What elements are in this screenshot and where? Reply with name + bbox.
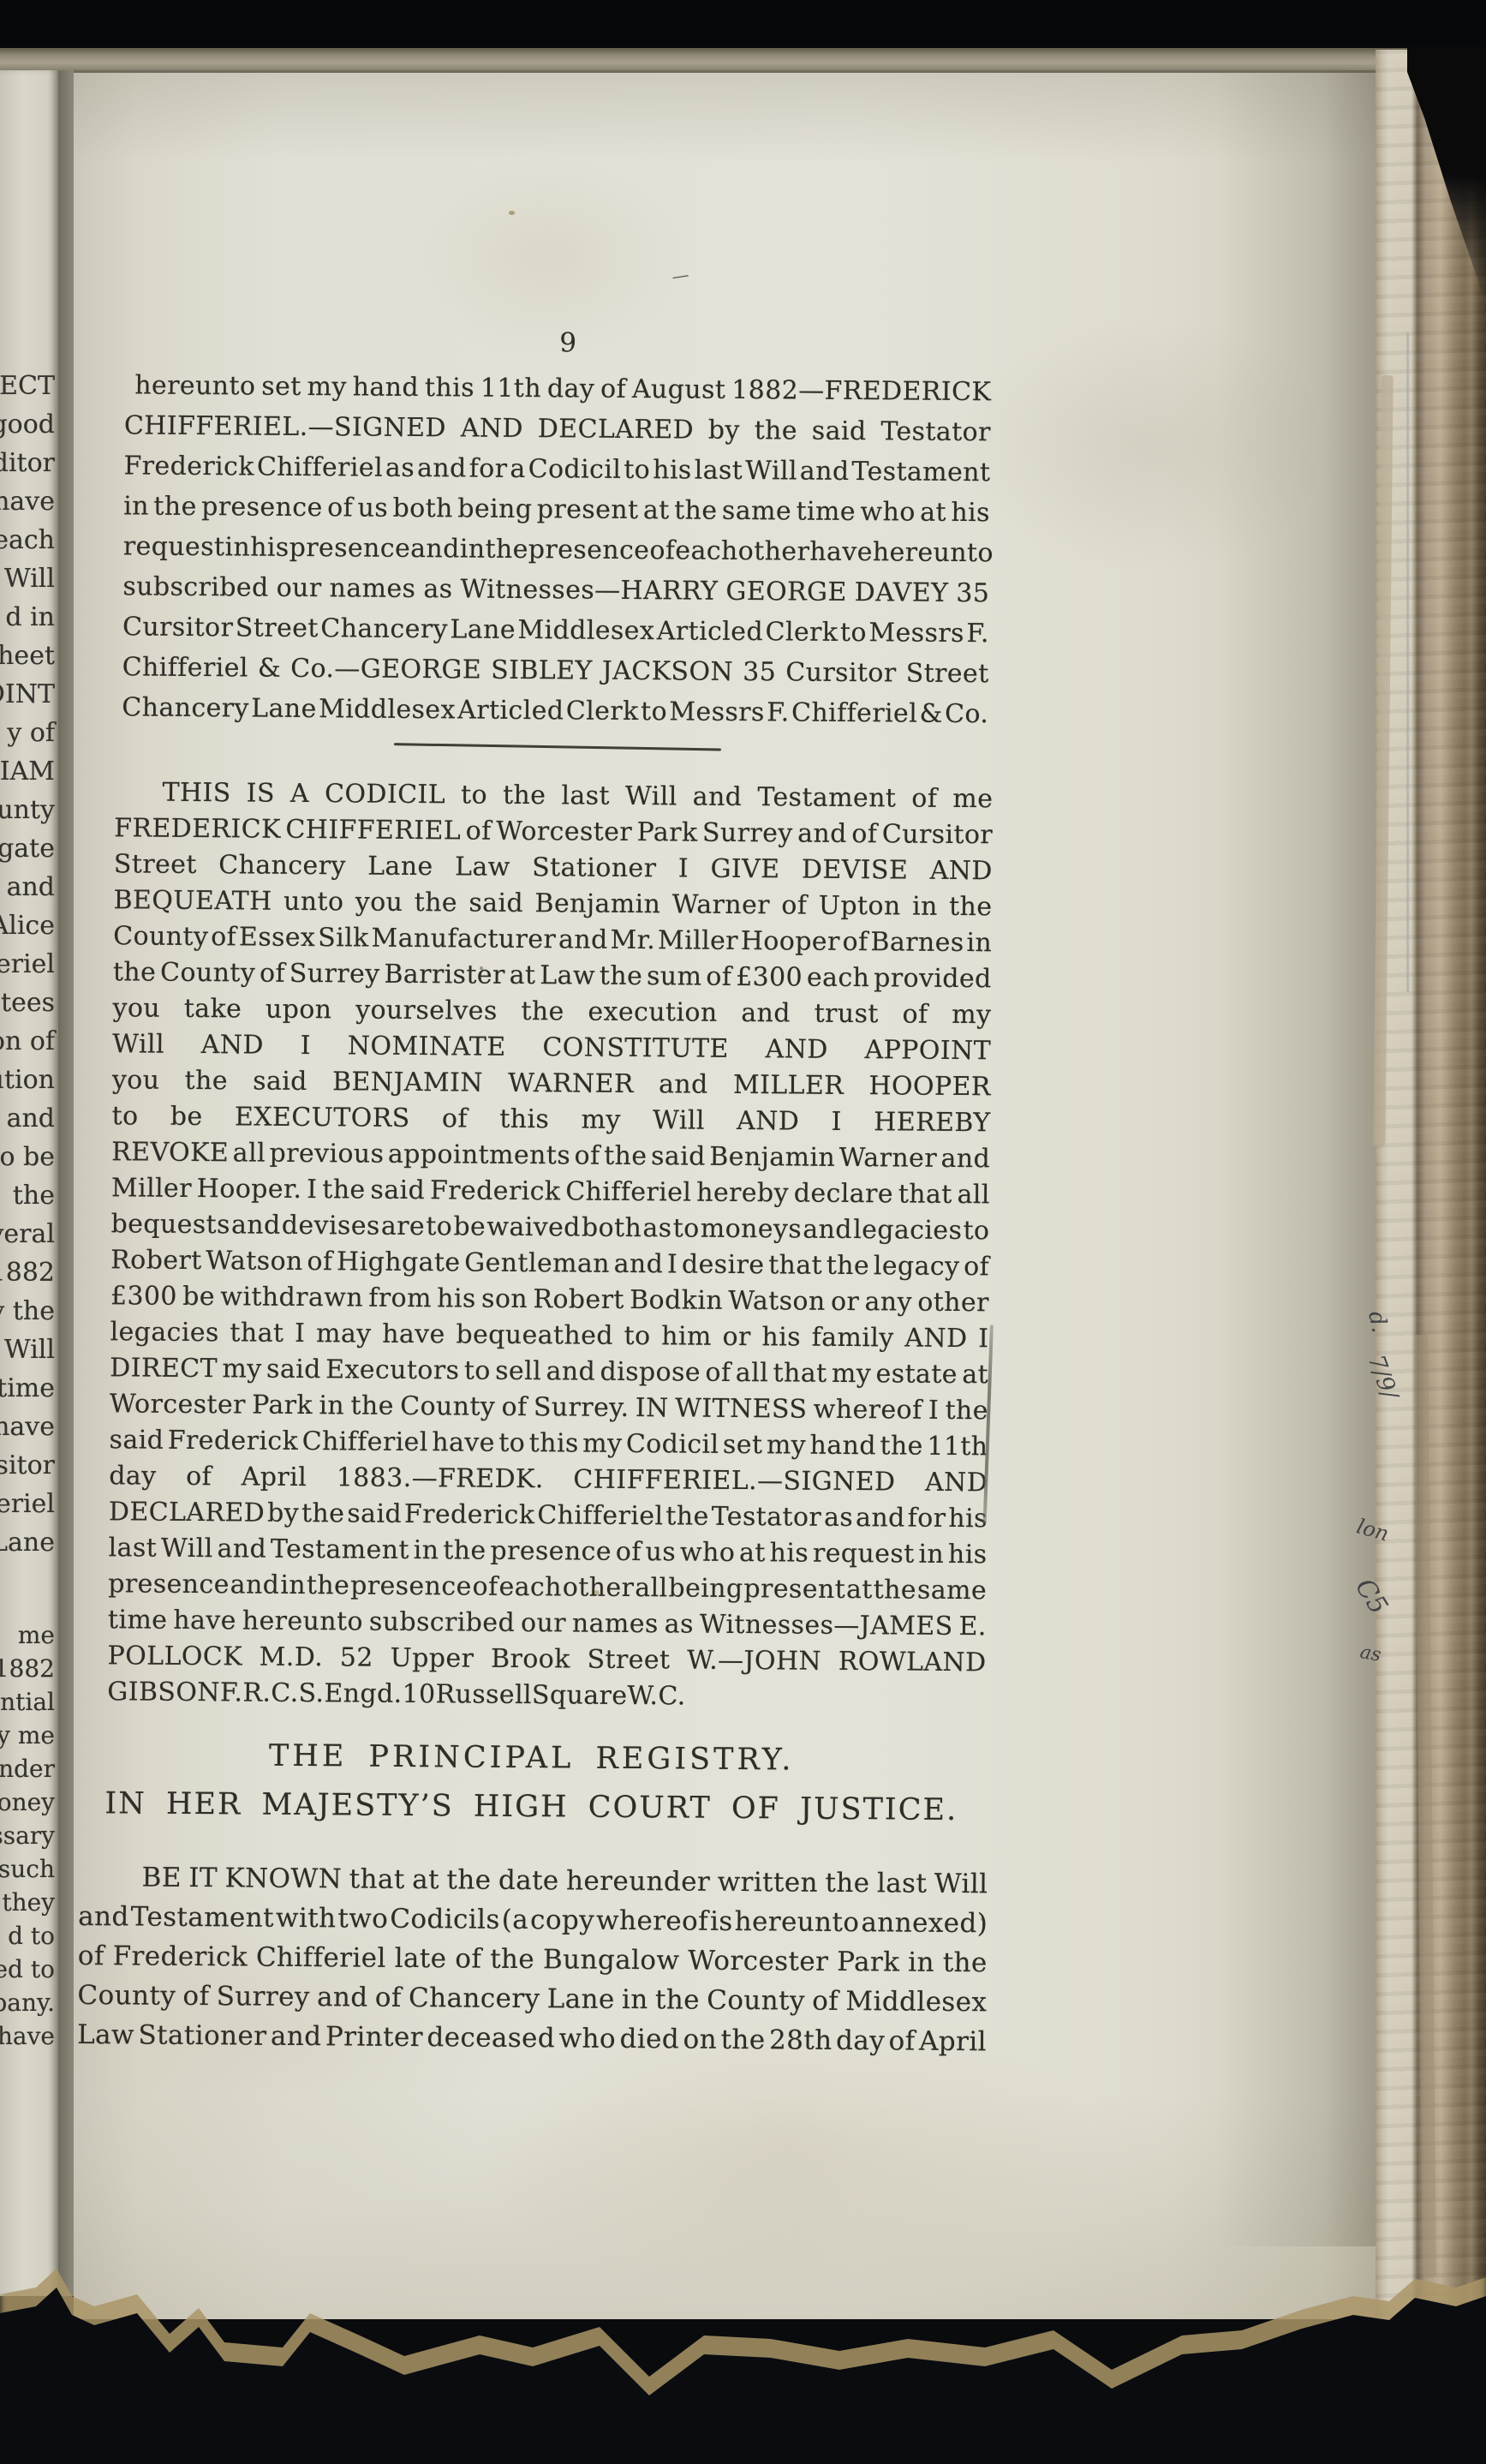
margin-fragment: Will — [0, 559, 55, 598]
margin-fragment: ditor — [0, 444, 55, 482]
margin-fragment: 1882 — [0, 1253, 55, 1292]
margin-fragment: ential — [0, 1685, 55, 1719]
text-line: CHIFFERIEL.—SIGNEDANDDECLAREDbythesaidTe… — [124, 405, 991, 452]
margin-fragment: ygate — [0, 829, 55, 868]
margin-fragment: Will — [0, 1331, 55, 1369]
margin-fragment: they — [0, 1886, 55, 1919]
text-line: inthepresenceofusbothbeingpresentatthesa… — [123, 486, 990, 533]
margin-fragment: ed to — [0, 1953, 55, 1986]
margin-fragment: have — [0, 482, 55, 521]
book-top-edge — [0, 48, 1435, 70]
heading-principal-registry: THE PRINCIPAL REGISTRY. — [61, 1737, 1003, 1779]
margin-fragment: ounty — [0, 791, 55, 829]
text-line: presenceandinthepresenceofeachotherallbe… — [108, 1566, 987, 1609]
margin-fragment: and — [0, 1099, 55, 1138]
margin-fragment: and — [0, 868, 55, 906]
book-fore-edge-stack — [1376, 50, 1486, 2365]
margin-fragment: have — [0, 1408, 55, 1446]
margin-fragment: have — [0, 2019, 55, 2053]
text-line: BEITKNOWNthatatthedatehereunderwrittenth… — [78, 1857, 988, 1904]
scanned-book-page: 9 — hereuntosetmyhandthis11thdayofAugust… — [0, 0, 1486, 2464]
text-line: WillANDINOMINATECONSTITUTEANDAPPOINT — [112, 1026, 991, 1069]
text-line: CursitorStreetChanceryLaneMiddlesexArtic… — [122, 607, 989, 654]
margin-fragment: rsitor — [0, 1446, 55, 1485]
text-line: ChanceryLaneMiddlesexArticledClerktoMess… — [122, 687, 988, 734]
page-number: 9 — [72, 324, 1065, 362]
margin-fragment: y me — [0, 1719, 55, 1752]
margin-fragment: the — [0, 1176, 55, 1215]
margin-fragment: oney — [0, 1785, 55, 1819]
margin-fragment: stees — [0, 984, 55, 1022]
margin-fragment: time — [0, 1369, 55, 1408]
text-line: theCountyofSurreyBarristeratLawthesumof£… — [113, 954, 992, 997]
text-line: Chifferiel&Co.—GEORGESIBLEYJACKSON35Curs… — [122, 647, 989, 694]
margin-fragment: Lane — [0, 1523, 55, 1562]
margin-fragment: veriel — [0, 945, 55, 984]
margin-fragment: me — [0, 1618, 55, 1652]
text-line: GIBSONF.R.C.S.Engd.10RussellSquareW.C. — [107, 1674, 986, 1717]
facing-page-text-fragments-lower: me1882entialy meunderoneyessarysuchtheyd… — [0, 1618, 55, 2053]
stray-ink-dash: — — [671, 264, 690, 287]
margin-fragment: d in — [0, 598, 55, 637]
heading-high-court: IN HER MAJESTY’S HIGH COURT OF JUSTICE. — [60, 1786, 1002, 1828]
photo-background-top — [0, 0, 1486, 48]
margin-fragment: everal — [0, 1215, 55, 1253]
text-line: ofFrederickChifferiellateoftheBungalowWo… — [78, 1936, 988, 1983]
margin-fragment: d to — [0, 1919, 55, 1953]
facing-page-text-fragments-upper: ECTgoodditorhaveeachWilld insheetOINTy o… — [0, 367, 55, 1562]
margin-fragment: ECT — [0, 367, 55, 405]
text-line: hereuntosetmyhandthis11thdayofAugust1882… — [124, 365, 991, 412]
margin-fragment: each — [0, 521, 55, 559]
printed-text-block: 9 — hereuntosetmyhandthis11thdayofAugust… — [57, 70, 1376, 2327]
margin-fragment: IAM — [0, 752, 55, 791]
margin-fragment: under — [0, 1752, 55, 1785]
paragraph-codicil-1883: THISISACODICILtothelastWillandTestamento… — [107, 774, 994, 1717]
margin-fragment: sheet — [0, 637, 55, 675]
margin-fragment: such — [0, 1852, 55, 1886]
margin-fragment: OINT — [0, 675, 55, 714]
paragraph-probate-grant: BEITKNOWNthatatthedatehereunderwrittenth… — [77, 1857, 988, 2061]
margin-fragment: fferiel — [0, 1485, 55, 1523]
text-line: subscribedournamesasWitnesses—HARRYGEORG… — [122, 566, 989, 613]
margin-fragment: Alice — [0, 906, 55, 945]
margin-fragment: 1882 — [0, 1652, 55, 1685]
text-line: requestinhispresenceandinthepresenceofea… — [123, 526, 990, 573]
margin-fragment: y the — [0, 1292, 55, 1331]
paragraph-codicil-1882: hereuntosetmyhandthis11thdayofAugust1882… — [122, 365, 991, 734]
text-line: andTestamentwithtwoCodicils(acopywhereof… — [78, 1897, 988, 1943]
fore-edge-crease — [1406, 332, 1409, 992]
text-line: LawStationerandPrinterdeceasedwhodiedont… — [77, 2015, 987, 2061]
margin-fragment: good — [0, 405, 55, 444]
margin-fragment: on of — [0, 1022, 55, 1061]
margin-fragment: essary — [0, 1819, 55, 1852]
text-line: CountyofSurreyandofChanceryLaneintheCoun… — [77, 1976, 987, 2022]
margin-fragment: ution — [0, 1061, 55, 1099]
margin-fragment: pany. — [0, 1986, 55, 2019]
margin-fragment: y of — [0, 714, 55, 752]
text-line: FrederickChifferielasandforaCodiciltohis… — [123, 446, 990, 493]
margin-fragment: o be — [0, 1138, 55, 1176]
section-divider-rule — [394, 743, 721, 751]
